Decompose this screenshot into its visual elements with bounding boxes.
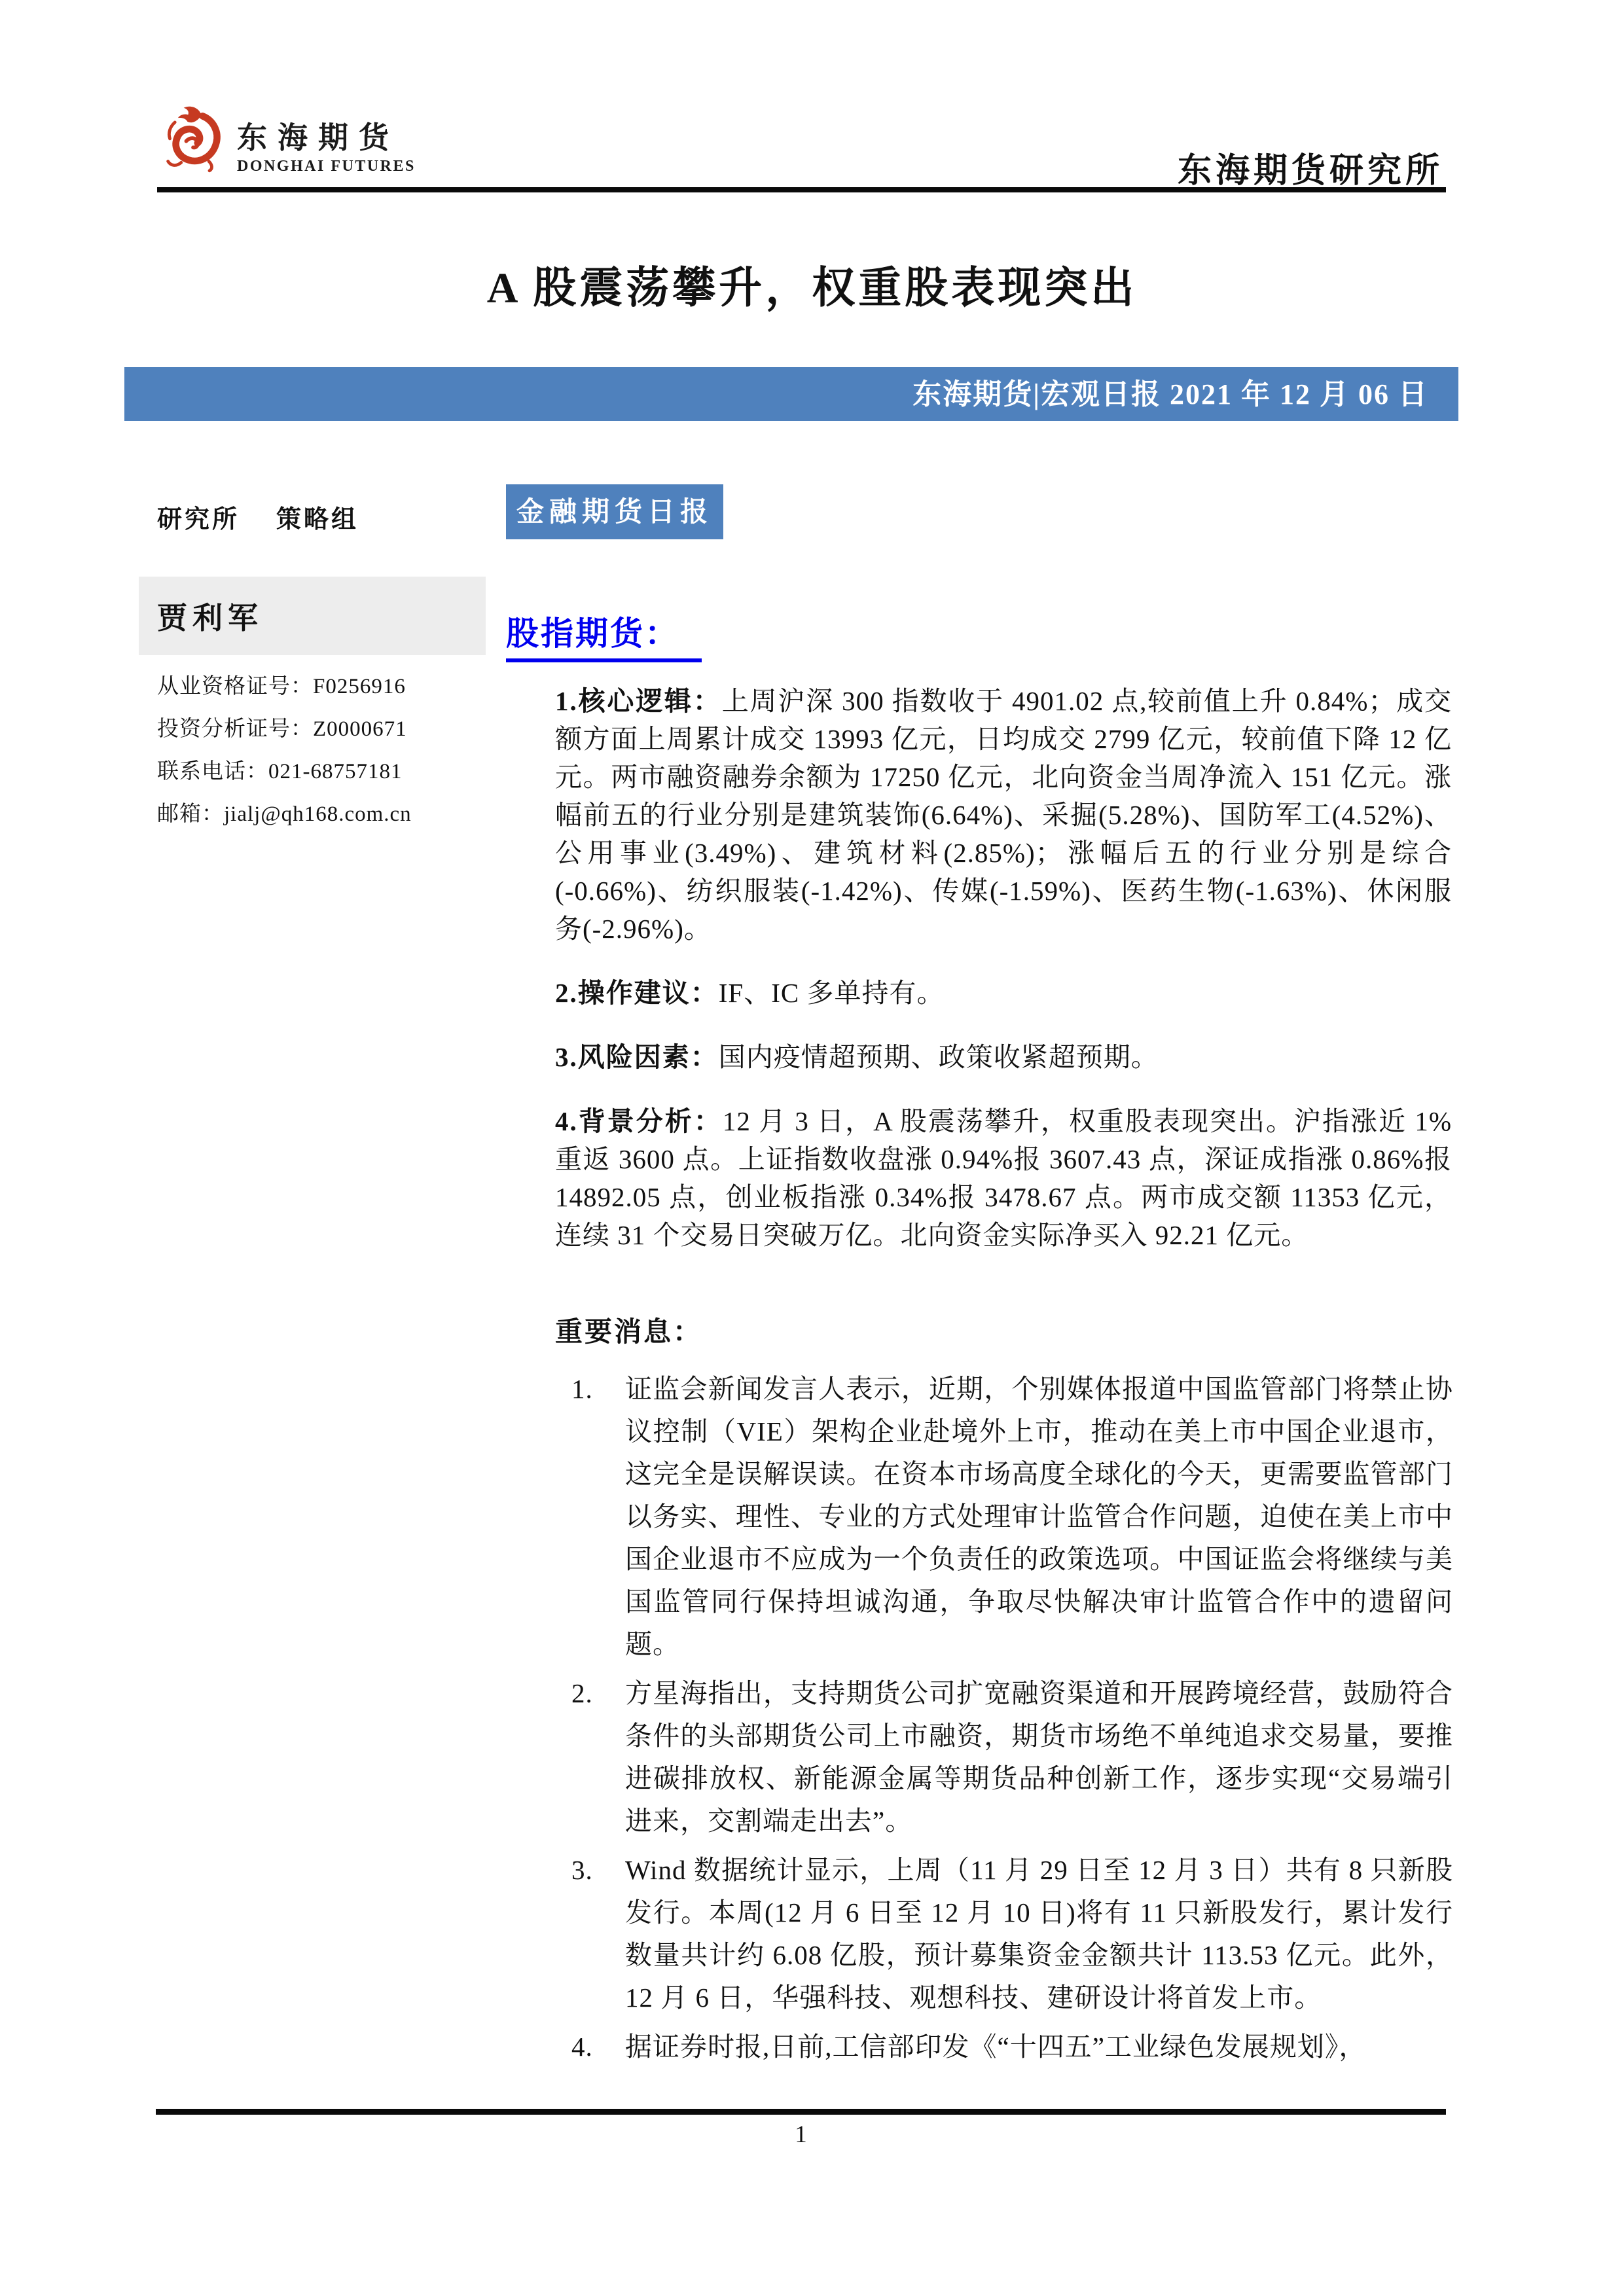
header-divider: [157, 187, 1446, 192]
paragraph-text: 国内疫情超预期、政策收紧超预期。: [719, 1042, 1159, 1072]
analyst-sidebar: 研究所策略组 贾利军 从业资格证号：F0256916 投资分析证号：Z00006…: [157, 499, 497, 836]
news-item-number: 3.: [555, 1849, 625, 2019]
report-banner: 东海期货|宏观日报 2021 年 12 月 06 日: [124, 367, 1458, 421]
team-label: 策略组: [276, 506, 359, 533]
news-item-number: 2.: [555, 1672, 625, 1842]
logo-text-cn: 东海期货: [237, 119, 416, 157]
analyst-name-box: 贾利军: [139, 577, 486, 655]
report-title: A 股震荡攀升，权重股表现突出: [0, 253, 1624, 315]
report-page: 东海期货 DONGHAI FUTURES 东海期货研究所 A 股震荡攀升，权重股…: [0, 0, 1624, 2296]
footer-divider: [156, 2109, 1446, 2115]
paragraph-label: 1.核心逻辑：: [555, 686, 722, 716]
news-item-number: 1.: [555, 1368, 625, 1666]
paragraph-label: 2.操作建议：: [555, 978, 719, 1008]
news-item-text: 据证券时报,日前,工信部印发《“十四五”工业绿色发展规划》，: [625, 2026, 1453, 2068]
phone-number: 联系电话：021-68757181: [157, 751, 497, 793]
section-title-stock-index-futures: 股指期货：: [506, 607, 702, 662]
important-news-list: 1. 证监会新闻发言人表示，近期，个别媒体报道中国监管部门将禁止协议控制（VIE…: [555, 1368, 1453, 2068]
company-logo: 东海期货 DONGHAI FUTURES: [162, 99, 416, 175]
logo-text-en: DONGHAI FUTURES: [237, 157, 416, 175]
paragraph-background-analysis: 4.背景分析：12 月 3 日，A 股震荡攀升，权重股表现突出。沪指涨近 1%重…: [555, 1102, 1452, 1254]
news-item: 3. Wind 数据统计显示，上周（11 月 29 日至 12 月 3 日）共有…: [555, 1849, 1453, 2019]
news-item-text: 证监会新闻发言人表示，近期，个别媒体报道中国监管部门将禁止协议控制（VIE）架构…: [625, 1368, 1453, 1666]
email-address: 邮箱：jialj@qh168.com.cn: [157, 793, 497, 836]
dept-label: 研究所: [157, 506, 240, 533]
qualification-number: 从业资格证号：F0256916: [157, 666, 497, 708]
page-number: 1: [156, 2121, 1446, 2149]
news-item: 1. 证监会新闻发言人表示，近期，个别媒体报道中国监管部门将禁止协议控制（VIE…: [555, 1368, 1453, 1666]
paragraph-text: 上周沪深 300 指数收于 4901.02 点,较前值上升 0.84%；成交额方…: [555, 686, 1452, 944]
report-body: 金融期货日报 股指期货： 1.核心逻辑：上周沪深 300 指数收于 4901.0…: [506, 484, 1454, 2068]
news-item-number: 4.: [555, 2026, 625, 2068]
news-item: 4. 据证券时报,日前,工信部印发《“十四五”工业绿色发展规划》，: [555, 2026, 1453, 2068]
important-news-heading: 重要消息：: [555, 1310, 1454, 1350]
analyst-name: 贾利军: [157, 594, 263, 637]
paragraph-label: 4.背景分析：: [555, 1106, 723, 1136]
paragraph-label: 3.风险因素：: [555, 1042, 719, 1072]
paragraph-operation-advice: 2.操作建议：IF、IC 多单持有。: [555, 974, 1452, 1012]
paragraph-text: IF、IC 多单持有。: [719, 978, 945, 1008]
paragraph-risk-factors: 3.风险因素：国内疫情超预期、政策收紧超预期。: [555, 1038, 1452, 1076]
news-item-text: Wind 数据统计显示，上周（11 月 29 日至 12 月 3 日）共有 8 …: [625, 1849, 1453, 2019]
analyst-cert-number: 投资分析证号：Z0000671: [157, 708, 497, 751]
contact-info: 从业资格证号：F0256916 投资分析证号：Z0000671 联系电话：021…: [157, 666, 497, 836]
news-item: 2. 方星海指出，支持期货公司扩宽融资渠道和开展跨境经营，鼓励符合条件的头部期货…: [555, 1672, 1453, 1842]
daily-report-badge: 金融期货日报: [506, 484, 723, 539]
research-group: 研究所策略组: [157, 499, 497, 535]
news-item-text: 方星海指出，支持期货公司扩宽融资渠道和开展跨境经营，鼓励符合条件的头部期货公司上…: [625, 1672, 1453, 1842]
institute-name: 东海期货研究所: [1178, 143, 1443, 192]
paragraph-core-logic: 1.核心逻辑：上周沪深 300 指数收于 4901.02 点,较前值上升 0.8…: [555, 682, 1452, 948]
dragon-logo-icon: [162, 99, 225, 173]
logo-text: 东海期货 DONGHAI FUTURES: [237, 99, 416, 175]
